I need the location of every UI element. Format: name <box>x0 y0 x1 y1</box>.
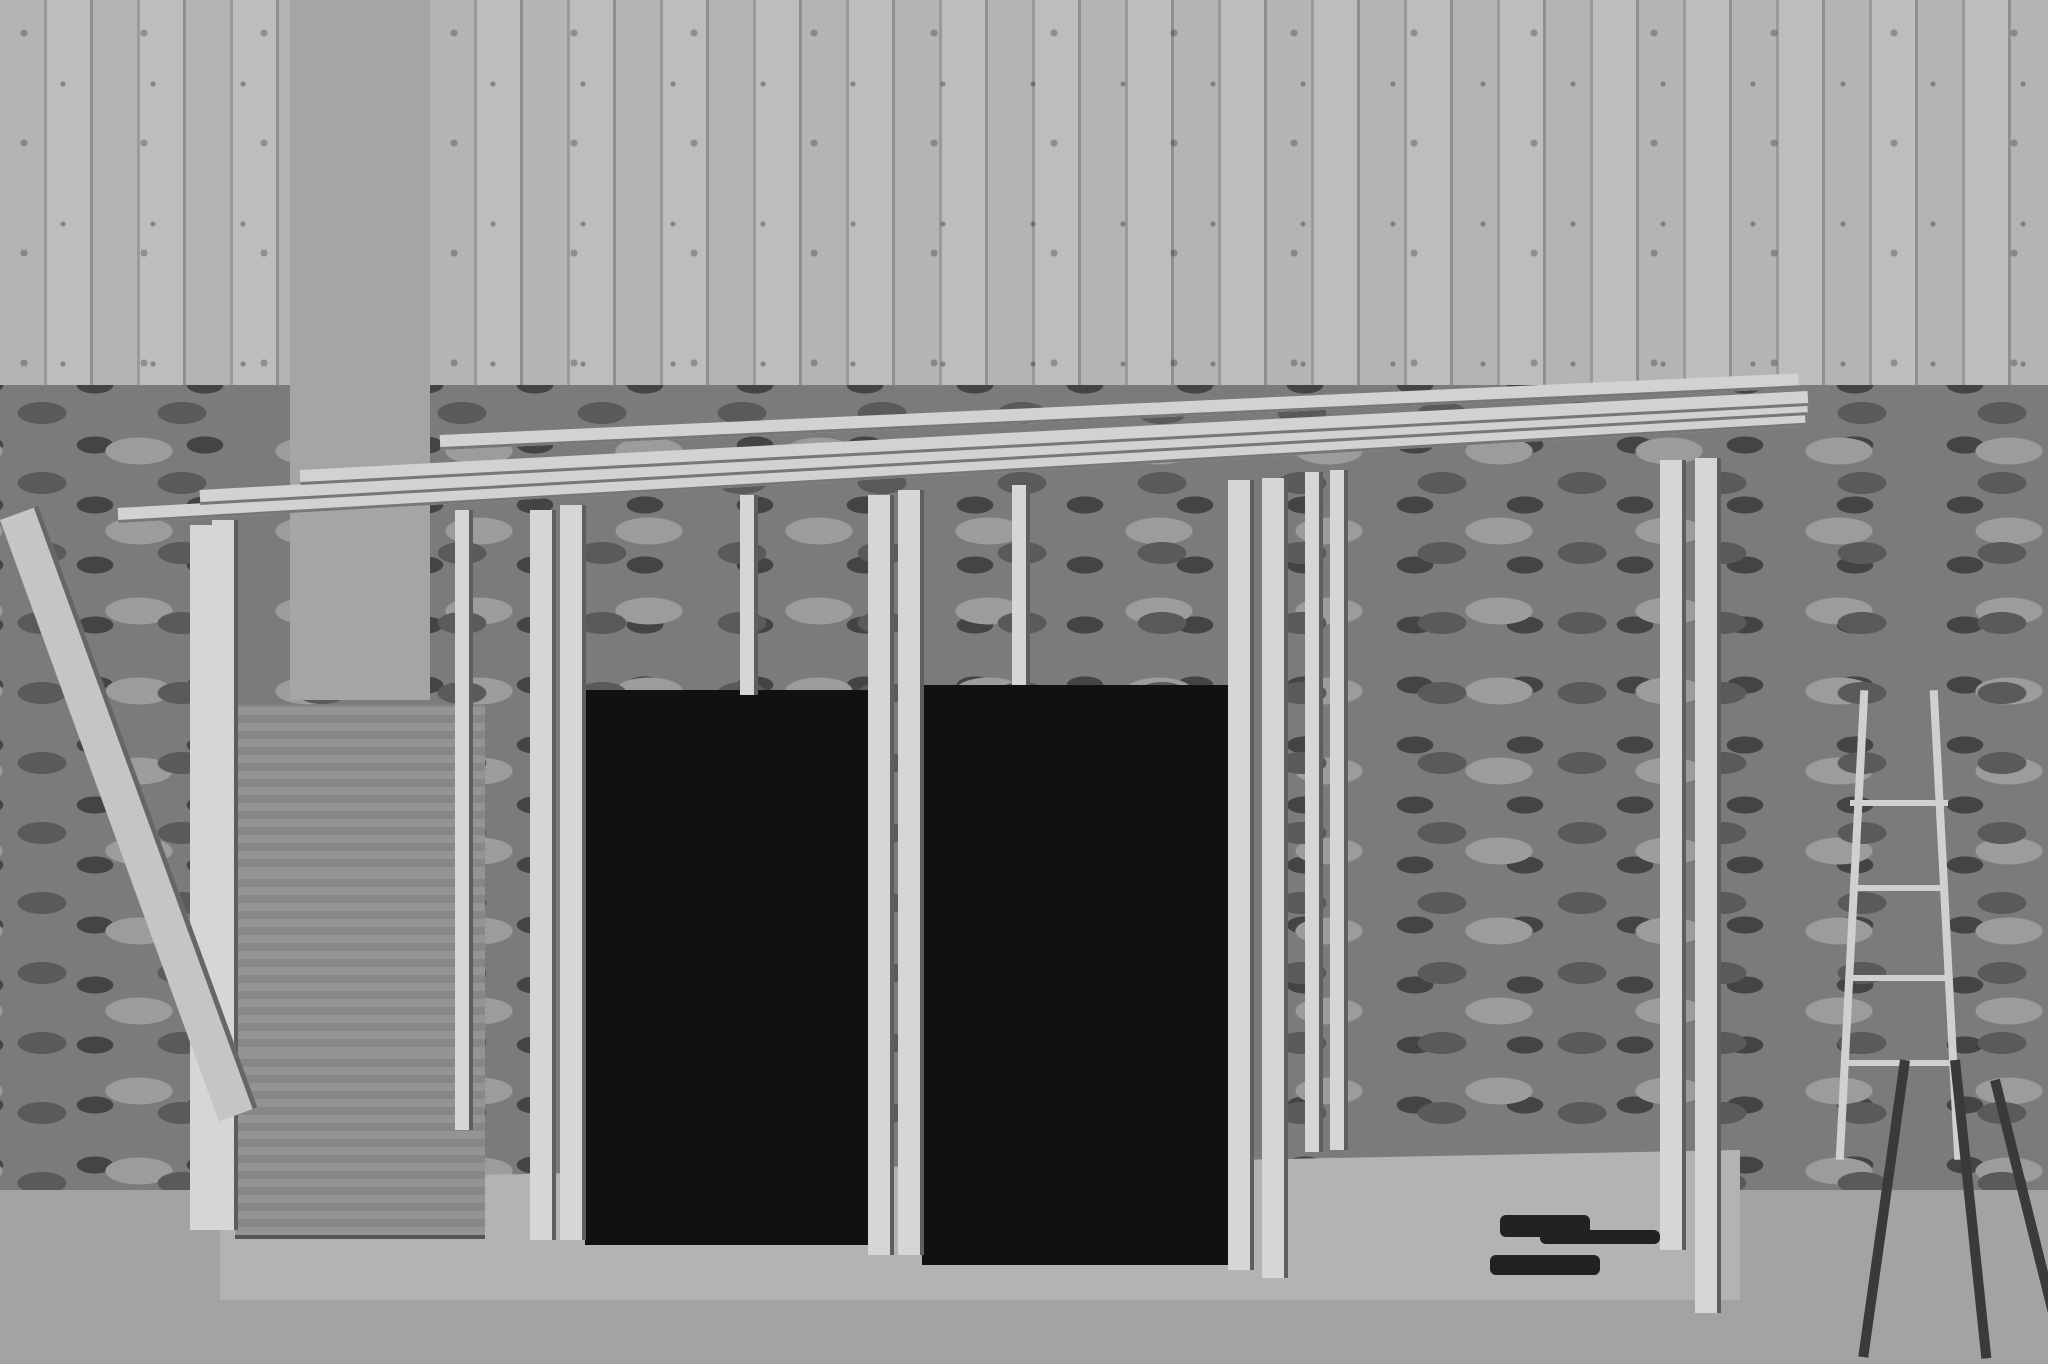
frame-post <box>1695 458 1721 1313</box>
frame-post <box>1305 472 1323 1152</box>
frame-post <box>1228 480 1254 1270</box>
frame-post <box>1660 460 1686 1250</box>
frame-post <box>560 505 586 1240</box>
tool-on-floor <box>1490 1255 1600 1275</box>
photo-scene <box>0 0 2048 1364</box>
concrete-pillar <box>290 0 430 700</box>
frame-post <box>455 510 473 1130</box>
frame-post <box>1012 485 1030 685</box>
frame-post <box>868 495 894 1255</box>
frame-post <box>740 495 758 695</box>
dark-panel <box>585 690 875 1245</box>
dark-panel <box>922 685 1242 1265</box>
ladder-rung <box>1850 800 1948 806</box>
frame-post <box>530 510 556 1240</box>
ladder-rung <box>1844 1060 1952 1066</box>
frame-post <box>898 490 924 1255</box>
plank-board <box>235 705 485 879</box>
barn-siding-right <box>430 0 2048 385</box>
plank-board <box>235 875 485 1059</box>
ladder-rung <box>1850 885 1948 891</box>
frame-post <box>212 520 238 1230</box>
barn-siding-left <box>0 0 290 412</box>
frame-post <box>1330 470 1348 1150</box>
tool-on-floor <box>1540 1230 1660 1244</box>
plank-board <box>235 1055 485 1239</box>
ladder-rung <box>1846 975 1950 981</box>
frame-post <box>1262 478 1288 1278</box>
